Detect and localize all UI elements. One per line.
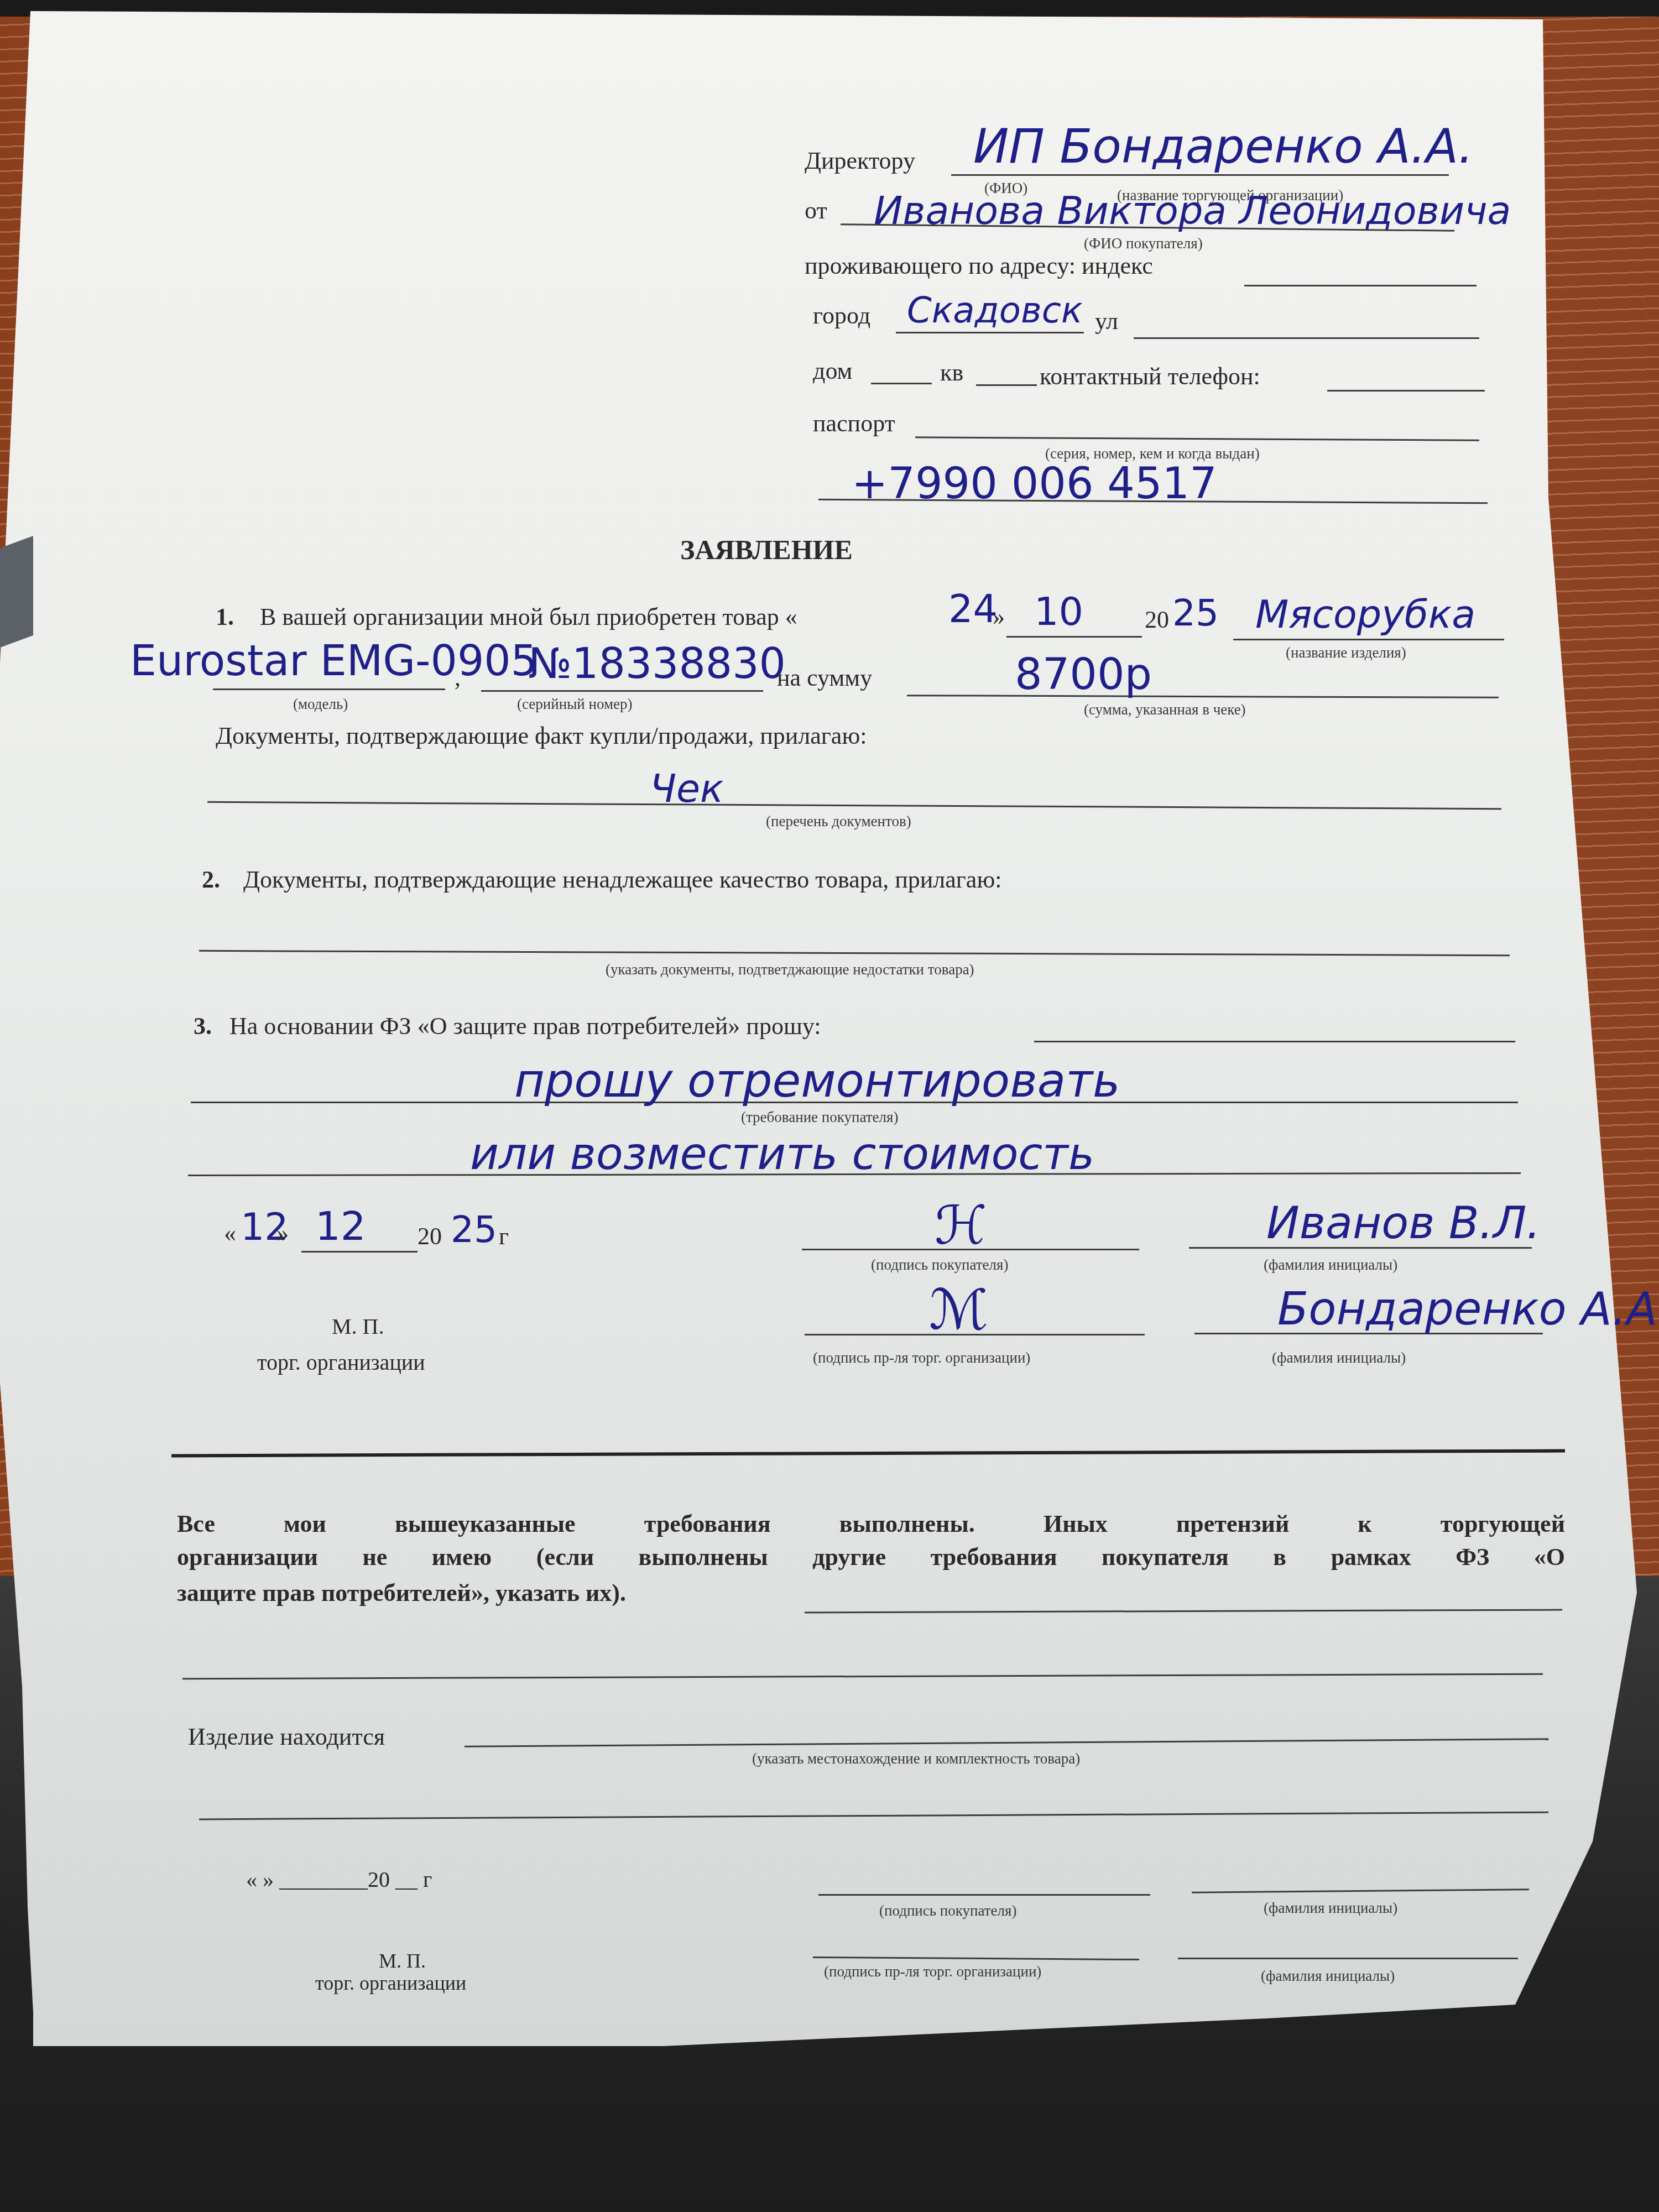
- model-value[interactable]: Eurostar EMG-0905: [130, 636, 538, 685]
- city-value[interactable]: Скадовск: [907, 290, 1083, 331]
- quote-close: »: [993, 603, 1005, 631]
- sum-hint: (сумма, указанная в чеке): [1084, 701, 1246, 718]
- director-label: Директору: [805, 147, 915, 175]
- index-line[interactable]: [1244, 285, 1477, 286]
- request-line2[interactable]: или возместить стоимость: [470, 1128, 1094, 1180]
- stamp-label: М. П.: [332, 1313, 384, 1339]
- phone-line[interactable]: [1327, 390, 1485, 392]
- street-label: ул: [1095, 307, 1118, 335]
- stamp-org: торг. организации: [257, 1349, 425, 1375]
- house-label: дом: [813, 357, 852, 385]
- buyer-sign-hint: (подпись покупателя): [871, 1256, 1008, 1274]
- seller-name-hint: (фамилия инициалы): [1272, 1349, 1406, 1366]
- buyer-name-hint: (фамилия инициалы): [1264, 1256, 1397, 1274]
- sign-date-month[interactable]: 12: [315, 1203, 366, 1249]
- serial-line: [481, 690, 763, 692]
- sign-date-close: »: [276, 1219, 289, 1248]
- closing-seller-name-hint: (фамилия инициалы): [1261, 1968, 1395, 1985]
- product-name-value[interactable]: Мясорубка: [1255, 592, 1475, 637]
- serial-value[interactable]: №18338830: [528, 639, 786, 688]
- from-value[interactable]: Иванова Виктора Леонидовича: [874, 188, 1511, 233]
- closing-stamp-label: М. П.: [379, 1949, 426, 1973]
- document-title: ЗАЯВЛЕНИЕ: [680, 534, 853, 566]
- sum-value[interactable]: 8700р: [1015, 650, 1152, 700]
- city-line: [896, 332, 1084, 333]
- sign-year-suffix[interactable]: 25: [451, 1208, 497, 1251]
- closing-date-template[interactable]: « » ________20 __ г: [246, 1866, 432, 1892]
- purchase-month[interactable]: 10: [1034, 589, 1083, 634]
- docs-value[interactable]: Чек: [650, 766, 723, 811]
- phone-value-handwritten[interactable]: +7990 006 4517: [852, 459, 1217, 509]
- section2-hint: (указать документы, подтветджающие недос…: [606, 961, 974, 978]
- buyer-signature: ℋ: [935, 1194, 987, 1256]
- model-hint: (модель): [293, 696, 348, 713]
- section2-text: Документы, подтверждающие ненадлежащее к…: [243, 865, 1002, 894]
- purchase-year[interactable]: 25: [1172, 592, 1219, 634]
- section2-number: 2.: [202, 865, 220, 894]
- section1-number: 1.: [216, 603, 234, 631]
- closing-buyer-name-hint: (фамилия инициалы): [1264, 1900, 1397, 1917]
- purchase-day[interactable]: 24: [948, 586, 998, 632]
- from-label: от: [805, 196, 827, 225]
- sign-date-open: «: [224, 1219, 236, 1248]
- house-line[interactable]: [871, 383, 932, 384]
- closing-seller-sign-hint: (подпись пр-ля торг. организации): [824, 1963, 1041, 1980]
- section3-text: На основании ФЗ «О защите прав потребите…: [229, 1012, 821, 1040]
- section3-number: 3.: [194, 1012, 212, 1040]
- phone-label: контактный телефон:: [1040, 362, 1260, 390]
- seller-sign-hint: (подпись пр-ля торг. организации): [813, 1349, 1030, 1366]
- passport-label: паспорт: [813, 409, 895, 437]
- closing-buyer-sign-hint: (подпись покупателя): [879, 1902, 1016, 1919]
- sum-label: на сумму: [777, 664, 872, 692]
- address-label: проживающего по адресу: индекс: [805, 252, 1153, 280]
- year-prefix: 20: [1145, 606, 1169, 634]
- closing-paragraph-line2: организации не имею (если выполнены друг…: [177, 1543, 1565, 1571]
- closing-paragraph-line3: защите прав потребителей», указать их).: [177, 1579, 626, 1607]
- sign-year-g: г: [499, 1222, 509, 1250]
- request-line1[interactable]: прошу отремонтировать: [514, 1053, 1120, 1108]
- product-line: [1233, 639, 1504, 640]
- model-line: [213, 688, 445, 690]
- section3-line0: [1034, 1041, 1515, 1042]
- seller-name-value[interactable]: Бондаренко А.А.: [1277, 1283, 1659, 1335]
- docs-label: Документы, подтверждающие факт купли/про…: [216, 722, 867, 750]
- closing-stamp-org: торг. организации: [315, 1971, 466, 1995]
- closing-seller-name-line[interactable]: [1178, 1958, 1518, 1959]
- location-label: Изделие находится: [188, 1723, 385, 1751]
- location-hint: (указать местонахождение и комплектность…: [752, 1750, 1080, 1767]
- sign-month-line: [301, 1251, 418, 1253]
- comma: ,: [455, 664, 461, 692]
- section1-text: В вашей организации мной был приобретен …: [260, 603, 797, 631]
- month-line: [1006, 636, 1142, 638]
- apt-line[interactable]: [976, 384, 1037, 386]
- seller-signature: ℳ: [929, 1277, 988, 1342]
- city-label: город: [813, 301, 870, 330]
- shadow: [0, 536, 33, 648]
- sign-year-prefix: 20: [418, 1222, 442, 1250]
- director-line: [951, 174, 1449, 176]
- serial-hint: (серийный номер): [517, 696, 632, 713]
- street-line[interactable]: [1134, 337, 1479, 339]
- closing-buyer-sign-line[interactable]: [818, 1894, 1150, 1896]
- product-hint: (название изделия): [1286, 644, 1406, 661]
- director-value[interactable]: ИП Бондаренко А.А.: [973, 119, 1473, 174]
- section3-hint: (требование покупателя): [741, 1109, 898, 1126]
- closing-paragraph-line1: Все мои вышеуказанные требования выполне…: [177, 1510, 1565, 1538]
- buyer-name-value[interactable]: Иванов В.Л.: [1266, 1197, 1541, 1249]
- from-hint: (ФИО покупателя): [1084, 235, 1203, 252]
- apt-label: кв: [940, 358, 963, 387]
- docs-hint: (перечень документов): [766, 813, 911, 830]
